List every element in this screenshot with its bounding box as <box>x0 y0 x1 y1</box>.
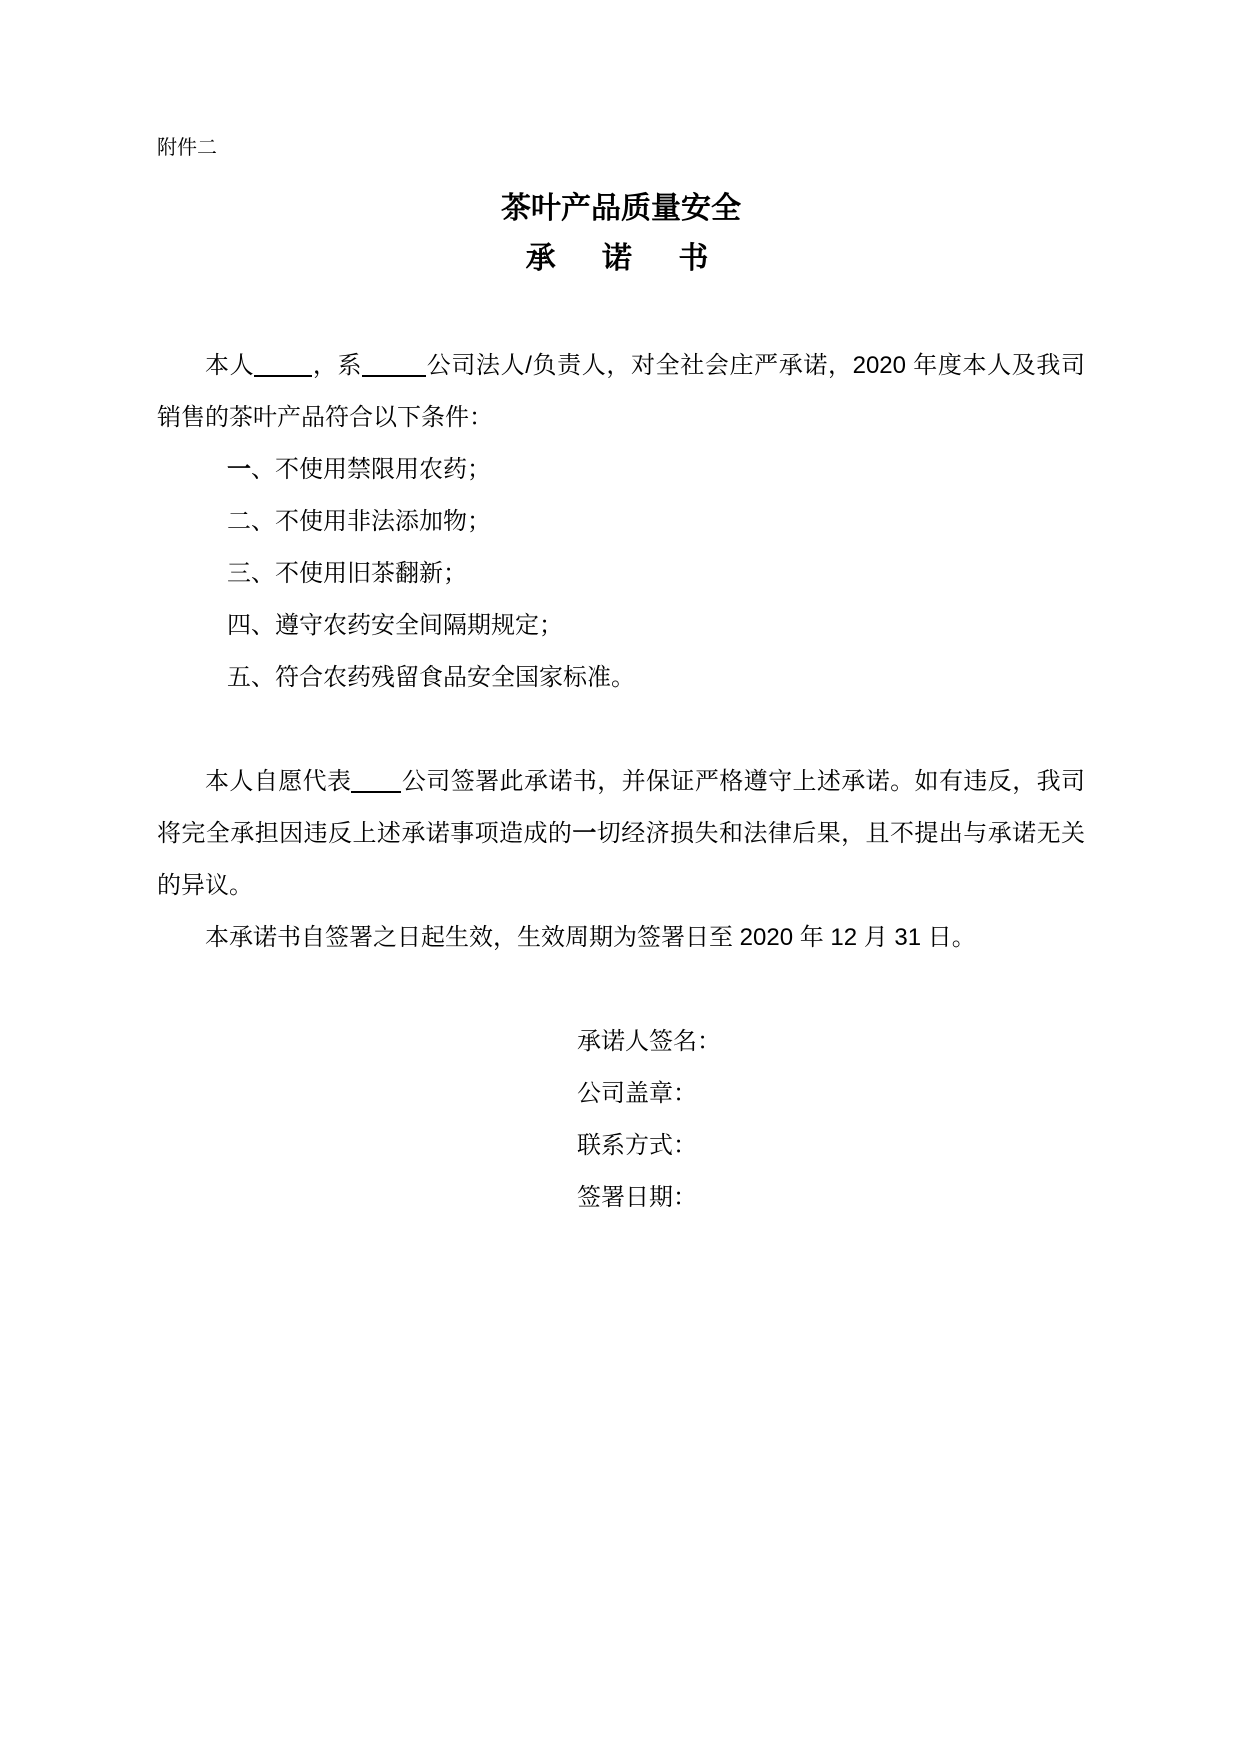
document-title-line2: 承 诺 书 <box>157 234 1085 284</box>
condition-4-text: 、遵守农药安全间隔期规定； <box>251 612 563 639</box>
condition-5-text: 、符合农药残留食品安全国家标准。 <box>251 664 635 691</box>
company-name-blank-underline <box>362 351 426 377</box>
list-pledge-gap <box>157 704 1085 756</box>
intro-lead-text: 本人 <box>205 352 254 379</box>
condition-item-5: 五、符合农药残留食品安全国家标准。 <box>157 652 1085 704</box>
document-title-line1: 茶叶产品质量安全 <box>157 184 1085 234</box>
person-name-blank-underline <box>254 351 312 377</box>
condition-item-2: 二、不使用非法添加物； <box>157 496 1085 548</box>
company-seal-label: 公司盖章： <box>577 1068 1085 1120</box>
condition-4-marker: 四 <box>227 612 251 639</box>
condition-3-marker: 三 <box>227 560 251 587</box>
pledge-lead-text: 本人自愿代表 <box>205 768 351 795</box>
attachment-label: 附件二 <box>157 136 1085 160</box>
condition-item-4: 四、遵守农药安全间隔期规定； <box>157 600 1085 652</box>
effective-period-paragraph: 本承诺书自签署之日起生效，生效周期为签署日至 2020 年 12 月 31 日。 <box>157 912 1085 964</box>
condition-3-text: 、不使用旧茶翻新； <box>251 560 467 587</box>
pledge-company-blank-underline <box>351 767 401 793</box>
condition-item-1: 一、不使用禁限用农药； <box>157 444 1085 496</box>
signing-date-label: 签署日期： <box>577 1172 1085 1224</box>
document-page: 附件二 茶叶产品质量安全 承 诺 书 本人，系公司法人/负责人，对全社会庄严承诺… <box>0 0 1241 1754</box>
condition-1-marker: 一 <box>227 456 251 483</box>
signature-block: 承诺人签名： 公司盖章： 联系方式： 签署日期： <box>577 1016 1085 1224</box>
signer-name-label: 承诺人签名： <box>577 1016 1085 1068</box>
condition-item-3: 三、不使用旧茶翻新； <box>157 548 1085 600</box>
condition-5-marker: 五 <box>227 664 251 691</box>
pledge-paragraph: 本人自愿代表公司签署此承诺书，并保证严格遵守上述承诺。如有违反，我司将完全承担因… <box>157 756 1085 912</box>
intro-paragraph: 本人，系公司法人/负责人，对全社会庄严承诺，2020 年度本人及我司销售的茶叶产… <box>157 340 1085 444</box>
condition-2-marker: 二 <box>227 508 251 535</box>
intro-mid-text: ，系 <box>312 352 362 379</box>
pledge-bold-char: 一 <box>572 820 596 847</box>
contact-info-label: 联系方式： <box>577 1120 1085 1172</box>
pledge-signature-gap <box>157 964 1085 1016</box>
condition-2-text: 、不使用非法添加物； <box>251 508 491 535</box>
condition-1-text: 、不使用禁限用农药； <box>251 456 491 483</box>
title-body-gap <box>157 284 1085 340</box>
